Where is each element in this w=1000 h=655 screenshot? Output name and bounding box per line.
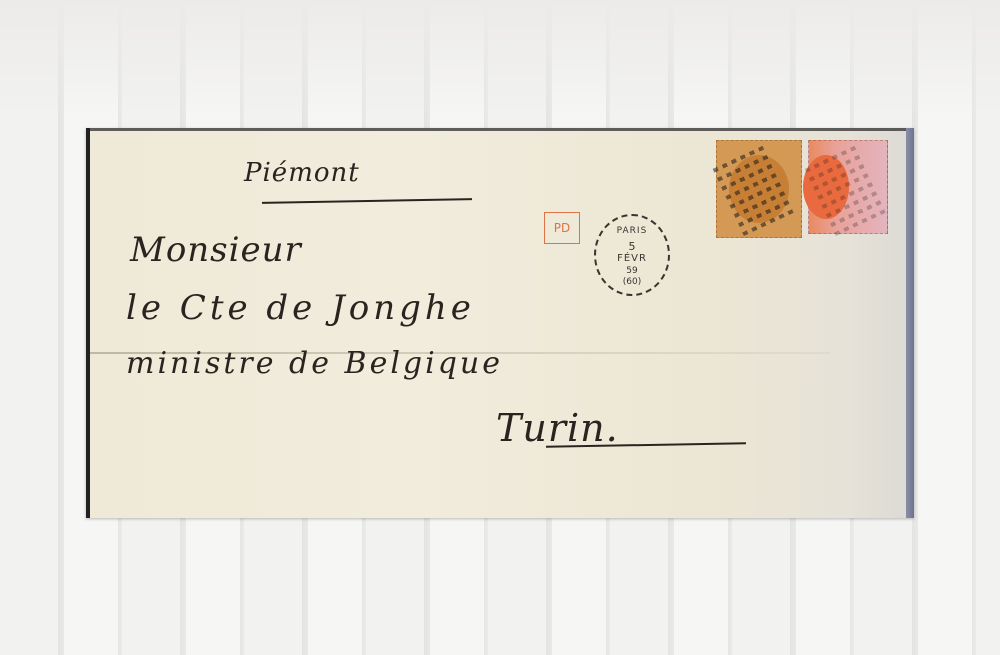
paris-postmark: PARIS 5 FÉVR 59 (60) [594,214,670,296]
envelope-top-edge [86,128,914,131]
address-line-4: Turin. [496,406,619,450]
postmark-year: 59 [596,266,668,276]
red-pink-stamp [808,140,888,234]
envelope: Piémont Monsieur le Cte de Jonghe minist… [86,128,914,518]
route-note: Piémont [244,158,360,188]
route-underline [262,198,472,204]
grid-cancellation-mark [804,142,890,236]
postmark-code: (60) [596,277,668,287]
address-line-3: ministre de Belgique [126,346,503,381]
album-page-shadow [0,0,1000,120]
postmark-city: PARIS [596,226,668,236]
grid-cancellation-mark [712,142,798,236]
orange-stamp [716,140,802,238]
postmark-day: 5 [596,240,668,253]
pd-red-mark: PD [544,212,580,244]
envelope-left-edge [86,128,90,518]
envelope-right-edge [906,128,914,518]
address-line-2: le Cte de Jonghe [126,288,475,328]
postmark-month: FÉVR [596,253,668,264]
address-line-1: Monsieur [130,230,302,270]
